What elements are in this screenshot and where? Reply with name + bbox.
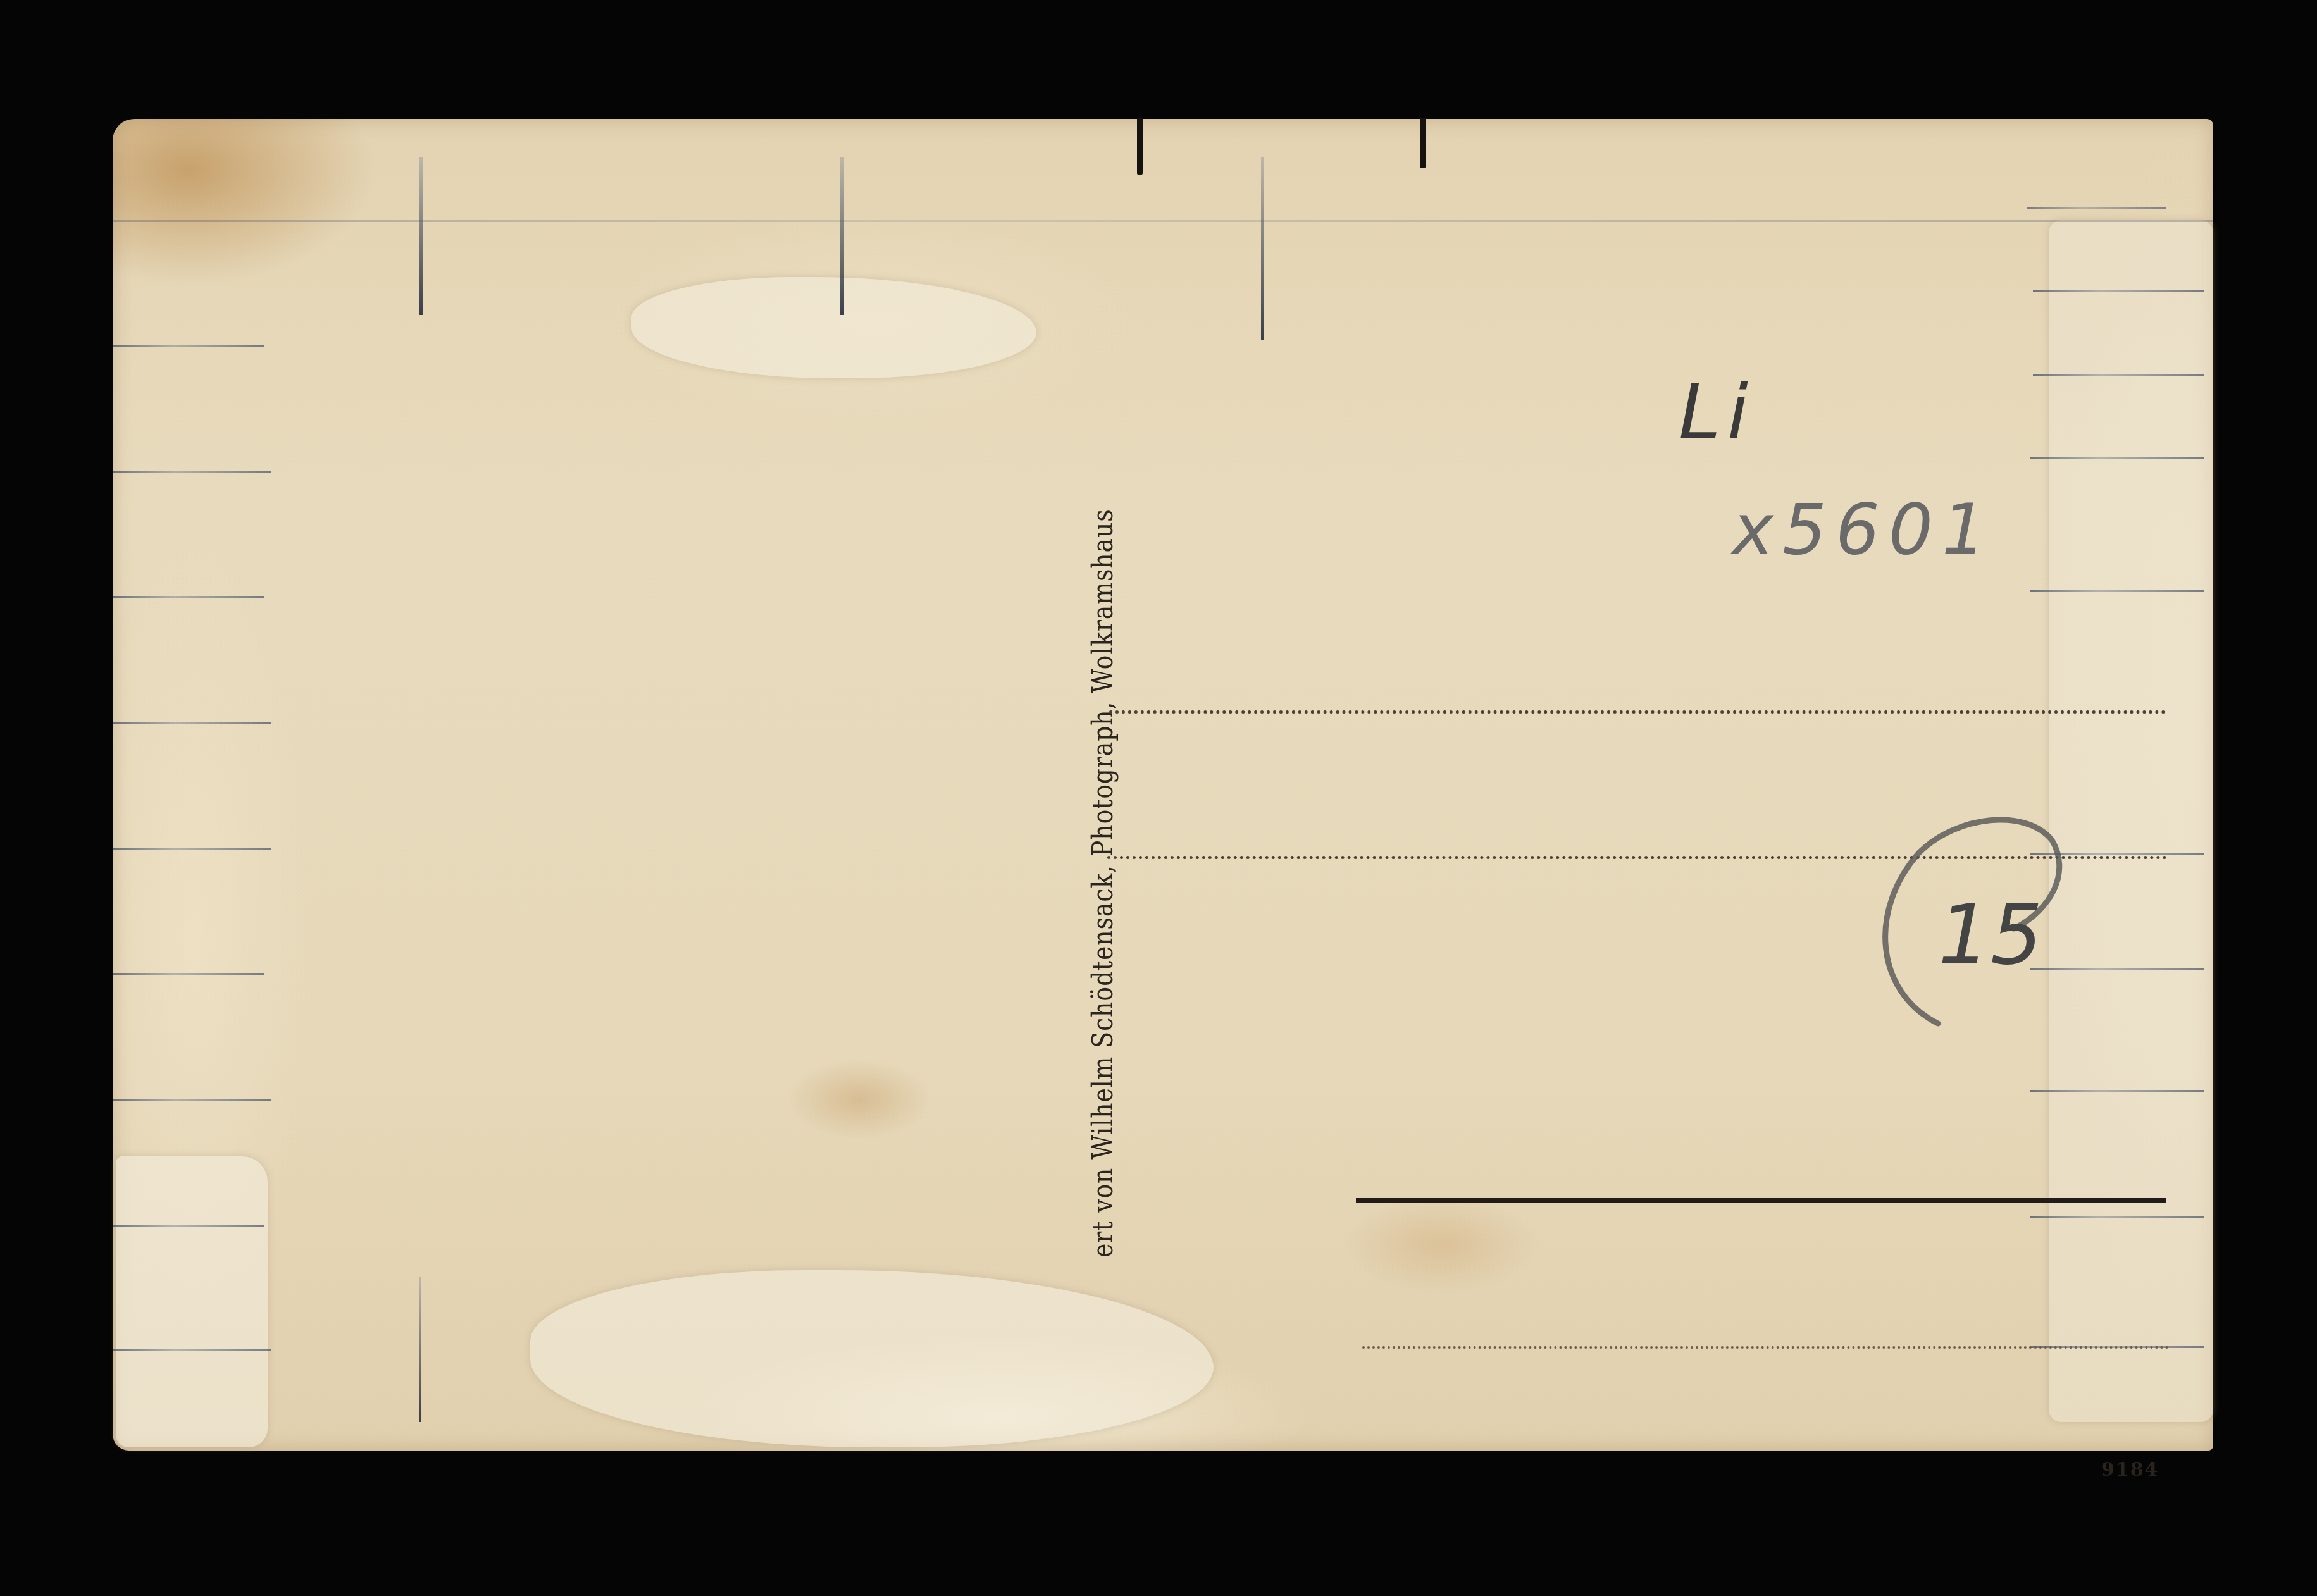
handwritten-inventory-number: x5601 (1732, 489, 1995, 570)
pencil-guide-line (2030, 590, 2204, 592)
serial-number: 9184 (2101, 1459, 2159, 1481)
publisher-imprint: ert von Wilhelm Schödtensack, Photograph… (1087, 509, 1119, 1258)
pencil-guide-line (113, 220, 2213, 222)
circled-number-mark: 15 (1862, 802, 2077, 1030)
pencil-guide-line (113, 1225, 264, 1227)
pencil-guide-line (113, 973, 264, 975)
pencil-guide-line (2030, 1216, 2204, 1218)
ink-tick (1137, 118, 1143, 175)
pencil-guide-line (2033, 374, 2204, 376)
paper-damage-left (116, 1156, 268, 1447)
address-line-3 (1362, 1346, 2169, 1349)
pencil-guide-line (113, 848, 271, 850)
pencil-guide-line (2030, 1090, 2204, 1092)
ink-tick (1420, 118, 1426, 168)
pencil-guide-line (113, 471, 271, 473)
pencil-guide-line (113, 1349, 271, 1351)
paper-damage-top (631, 277, 1036, 378)
pencil-tick (419, 1277, 421, 1422)
address-line-1 (1109, 710, 2166, 714)
postcard-back: ert von Wilhelm Schödtensack, Photograph… (113, 119, 2213, 1451)
pencil-tick (840, 157, 844, 315)
pencil-guide-line (2027, 207, 2166, 209)
handwritten-li: Li (1679, 369, 1755, 457)
pencil-guide-line (113, 345, 264, 347)
paper-damage-bottom (530, 1270, 1214, 1447)
pencil-tick (419, 157, 423, 315)
pencil-guide-line (113, 1099, 271, 1101)
pencil-tick (1261, 157, 1264, 340)
pencil-guide-line (113, 596, 264, 598)
pencil-guide-line (113, 722, 271, 724)
circled-number: 15 (1938, 887, 2042, 983)
pencil-guide-line (2033, 290, 2204, 292)
pencil-guide-line (2030, 457, 2204, 459)
address-line-solid (1356, 1198, 2166, 1203)
